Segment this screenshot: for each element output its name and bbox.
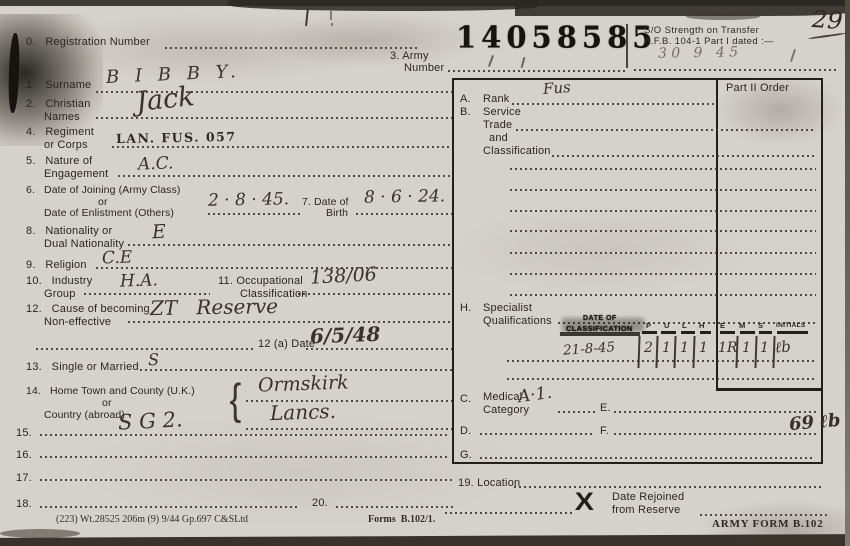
rejoined-line-left [445,512,573,514]
row20-label: 20. [312,497,328,509]
panel-blank-line-6 [510,273,816,275]
industry-value: H.A. [120,270,159,291]
pulhems-stroke-1 [637,336,640,368]
pen-mark-top-3 [331,23,333,26]
part2-column-bottom [716,388,821,391]
industry-label-2: Group [44,288,76,300]
pulhems-stroke-2 [655,336,658,368]
noneffective-label-1: 12. Cause of becoming [26,303,150,315]
pulhems-col-m: M [739,321,745,330]
noneffective-value: ZT Reserve [150,294,278,320]
date12a-line-right [306,348,452,350]
pulhems-rule-7 [759,331,772,334]
rank-label: Rank [483,93,509,105]
married-line [140,369,452,371]
joining-label-1: 6. Date of Joining (Army Class) [26,184,180,196]
g-line [480,457,812,459]
part2-order-header: Part II Order [726,82,789,94]
scan-bottom-edge [0,534,850,546]
pen-mark-top-1 [305,8,309,26]
birth-line [356,213,452,215]
registration-number-label: 0. Registration Number [26,36,150,48]
panel-blank-line-5 [510,252,816,254]
registration-number-line [165,47,420,49]
medical-label-1: Medical [483,391,522,403]
joining-line [208,213,300,215]
row18-label: 18. [16,498,32,510]
nationality-value: E [151,221,166,244]
hometown-line-2 [246,428,452,430]
surname-label: 1. Surname [26,79,91,91]
pen-tick-army-2 [521,57,526,68]
hometown-label-2: Country (abroad) [44,409,125,421]
pulhems-col-l: L [682,321,687,330]
army-form-b102-scan: 0. Registration Number 3. Army Number 14… [0,0,850,546]
pulhems-date-header-1: DATE OF [583,315,617,322]
row16-label: 16. [16,449,32,461]
pulhems-value-m: 1 [742,340,751,356]
army-number-label-2: Number [404,62,444,74]
row20-line [336,506,455,508]
specialist-label-2: Qualifications [483,315,552,327]
pulhems-initials-value: ℓb [774,337,791,357]
header-divider [626,24,628,68]
pulhems-value-s: 1 [760,340,769,356]
scan-top-edge-blob [686,13,760,20]
panel-blank-line-2 [510,189,816,191]
service-label-4: Classification [483,145,551,157]
regiment-value: LAN. FUS. 057 [116,129,237,146]
regiment-label-1: 4. Regiment [26,126,94,138]
specialist-label-1: Specialist [483,302,532,314]
army-number-label-1: 3. Army [390,50,429,62]
occupation-value: 138/06 [309,263,377,288]
date12a-line-left [36,348,254,350]
printer-imprint: (223) Wt.28525 206m (9) 9/44 Gp.697 C&SL… [56,514,248,525]
f-line [614,433,816,435]
pulhems-value-p: 2 [644,340,653,356]
engagement-value: A.C. [138,153,174,174]
e-line [614,411,816,413]
occupation-label-1: 11. Occupational [218,275,303,287]
panel-blank-line-3 [510,210,816,212]
religion-label: 9. Religion [26,259,87,271]
row17-line [40,479,453,481]
pulhems-rule-3 [681,331,695,334]
scan-right-edge [845,0,850,546]
occupation-line [298,293,452,295]
pulhems-col-u: U [664,321,669,330]
pulhems-col-e: E [720,321,725,330]
christian-names-label-1: 2. Christian [26,98,91,110]
pulhems-col-h: H [699,321,704,330]
row17-label: 17. [16,472,32,484]
location-label: 19. Location [458,477,520,489]
service-trade-line [516,129,816,131]
pulhems-rule-6 [740,331,755,334]
noneffective-label-2: Non-effective [44,316,111,328]
pulhems-col-p: P [646,321,651,330]
pulhems-value-h: 1 [699,340,708,356]
forms-reference: Forms B.102/1. [368,514,435,525]
scan-bottom-edge-blob [0,529,80,538]
row15-value: S G 2. [117,407,183,434]
army-form-number: ARMY FORM B.102 [712,518,824,530]
regiment-line [112,146,452,148]
transfer-date-handwritten: 3 0 9 4 5 [658,44,738,61]
rejoined-label-2: from Reserve [612,504,680,516]
pulhems-value-u: 1 [662,340,671,356]
pulhems-base-line-1 [507,360,816,362]
f-value: 69 ℓb [788,410,841,435]
pulhems-rule-8 [777,331,808,334]
hometown-label-1: 14. Home Town and County (U.K.) [26,385,195,397]
pulhems-rule-4 [700,331,711,334]
pulhems-col-s: S [758,321,763,330]
pen-mark-transfer-date [790,49,796,62]
engagement-label-1: 5. Nature of [26,155,92,167]
pen-tick-army-1 [488,55,494,67]
pulhems-stroke-3 [673,336,676,368]
pulhems-stroke-4 [692,336,695,368]
strength-on-transfer-label: S/O Strength on Transfer [644,25,759,36]
pulhems-base-line-2 [507,378,816,380]
hometown-or-label: or [102,397,112,409]
hometown-value-1: Ormskirk [258,371,349,396]
army-number-line [448,70,626,72]
pulhems-rule-date [560,332,640,336]
pulhems-col-initials: INITIALS [776,322,805,329]
joining-value: 2 · 8 · 45. [208,189,289,210]
date12a-value: 6/5/48 [310,322,381,348]
christian-names-line [96,117,452,119]
christian-names-label-2: Names [44,111,80,123]
specialist-letter: H. [460,302,471,314]
pulhems-value-e: 1R [718,340,737,356]
service-letter: B. [460,106,471,118]
f-label: F. [600,425,609,437]
row18-line [40,506,300,508]
pulhems-value-l: 1 [680,340,689,356]
pulhems-rule-5 [720,331,735,334]
medical-letter: C. [460,393,471,405]
panel-blank-line-7 [510,294,816,296]
hometown-brace: { [229,375,241,425]
pen-mark-top-2 [330,11,332,20]
medical-line [558,411,596,413]
nationality-line [128,244,452,246]
pulhems-table: DATE OF CLASSIFICATION P U L H E M S INI… [560,312,818,372]
industry-label-1: 10. Industry [26,275,92,287]
married-label: 13. Single or Married [26,361,139,373]
service-label-3: and [489,132,508,144]
service-classification-line [552,155,816,157]
row15-line [40,434,450,436]
engagement-line [118,175,452,177]
corner-page-number: 29 [811,5,843,35]
joining-label-2: Date of Enlistment (Others) [44,207,174,219]
g-label: G. [460,449,472,461]
rejoined-line-right [700,514,828,516]
religion-line [96,267,452,269]
scan-top-edge-3 [515,0,850,16]
rejoined-x-mark: X [575,488,594,517]
d-label: D. [460,425,471,437]
rank-line [512,103,714,105]
married-value: S [148,350,160,369]
service-label-2: Trade [483,119,512,131]
pulhems-date-value: 21-8-45 [563,339,616,359]
christian-names-value: Jack [135,81,196,118]
d-line [480,433,594,435]
pulhems-rule-1 [642,331,657,334]
pulhems-rule-2 [661,331,676,334]
hometown-value-2: Lancs. [270,399,337,425]
rank-value: Fus [542,78,571,98]
noneffective-line [128,321,452,323]
pulhems-stroke-6 [754,336,757,368]
panel-blank-line-4 [510,230,816,232]
location-line [514,486,822,488]
engagement-label-2: Engagement [44,168,108,180]
row15-label: 15. [16,427,32,439]
religion-value: C.E [102,247,133,268]
birth-label-2: Birth [326,207,348,219]
service-label-1: Service [483,106,521,118]
rejoined-label-1: Date Rejoined [612,491,684,503]
rank-letter: A. [460,93,471,105]
panel-blank-line-1 [510,168,816,170]
e-label: E. [600,402,611,414]
nationality-label-1: 8. Nationality or [26,225,112,237]
row16-line [40,456,450,458]
regiment-label-2: or Corps [44,139,88,151]
scan-top-edge-2 [228,0,538,11]
transfer-date-line [634,69,839,71]
birth-value: 8 · 6 · 24. [364,186,445,207]
